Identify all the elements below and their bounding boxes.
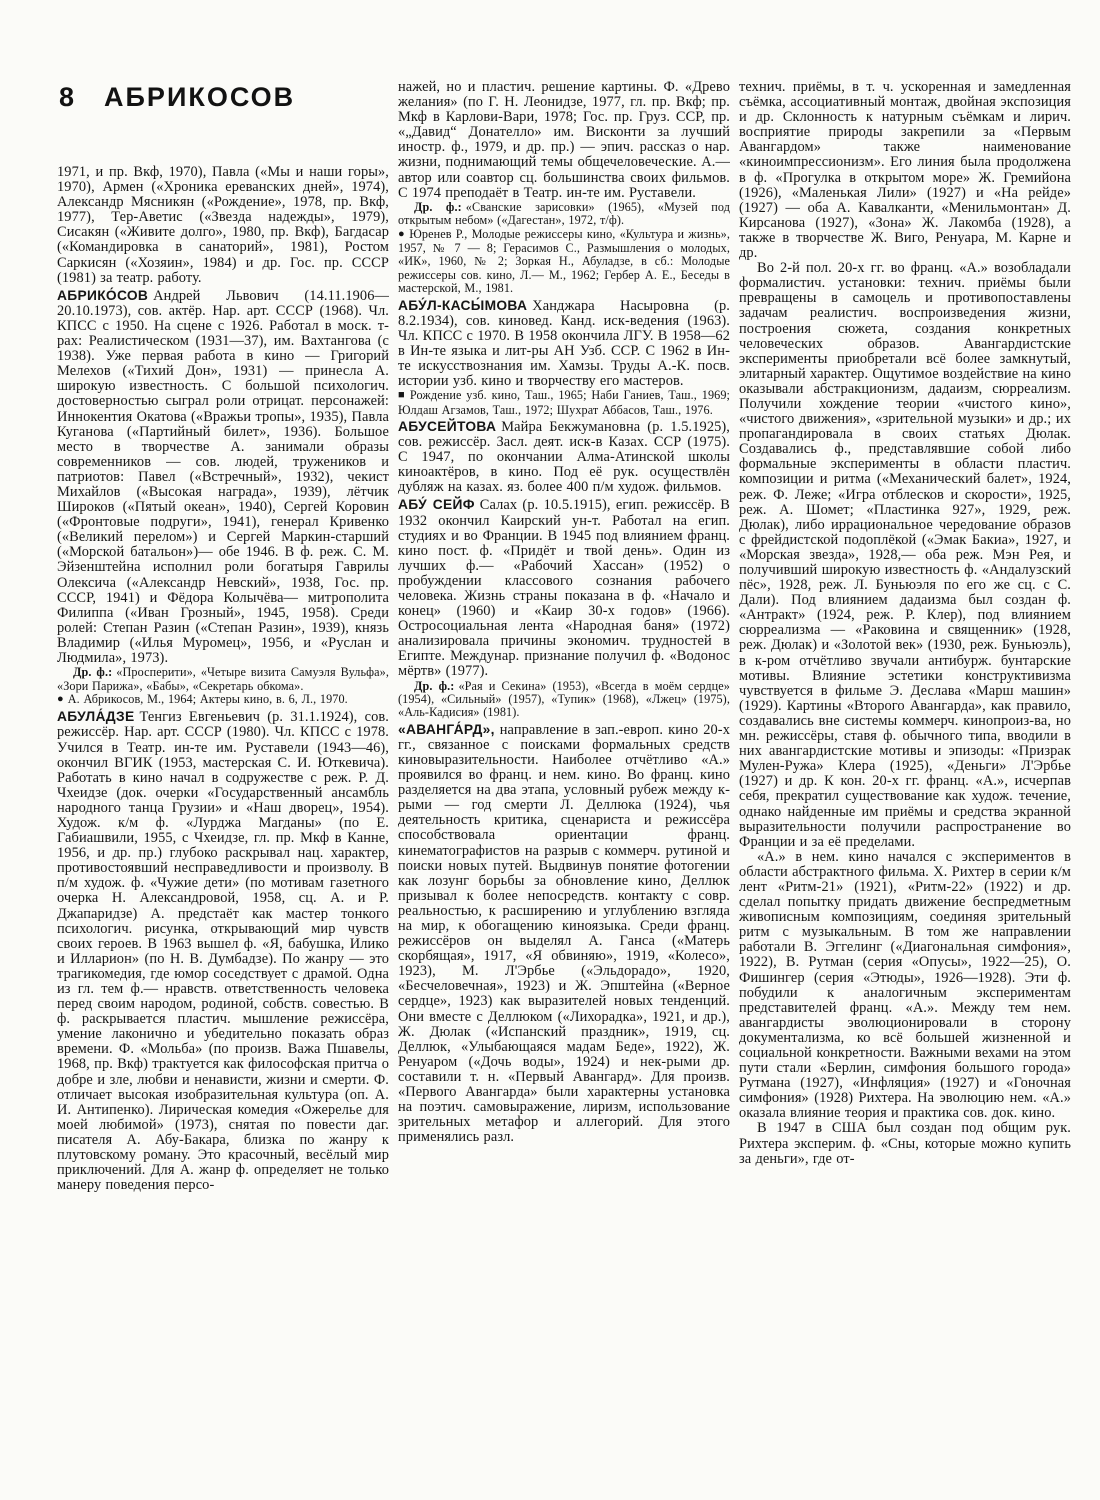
- entry-headword: «АВАНГА́РД»,: [398, 722, 495, 737]
- bibliography: ●А. Абрикосов, М., 1964; Актеры кино, в.…: [57, 693, 389, 707]
- bibliography-text: А. Абрикосов, М., 1964; Актеры кино, в. …: [68, 692, 348, 706]
- continuation-paragraph: 1971, и пр. Вкф, 1970), Павла («Мы и наш…: [57, 165, 389, 286]
- entry-abuladze: АБУЛА́ДЗЕТенгиз Евгеньевич (р. 31.1.1924…: [57, 709, 389, 1193]
- running-title: АБРИКОСОВ: [104, 82, 295, 113]
- entry-headword: АБУ́Л-КАСЫ́МОВА: [398, 298, 527, 313]
- bibliography: ●Юренев Р., Молодые режиссеры кино, «Кул…: [398, 228, 730, 296]
- page-header: 8 АБРИКОСОВ: [59, 82, 389, 113]
- page-number: 8: [59, 82, 76, 113]
- filmography-label: Др. ф.:: [414, 200, 462, 214]
- entry-headword: АБУЛА́ДЗЕ: [57, 709, 134, 724]
- circle-marker-icon: ●: [57, 693, 64, 705]
- filmography: Др. ф.:«Рая и Секина» (1953), «Всегда в …: [398, 680, 730, 720]
- filmography: Др. ф.:«Сванские зарисовки» (1965), «Муз…: [398, 201, 730, 228]
- paragraph: «А.» в нем. кино начался с экспериментов…: [739, 850, 1071, 1122]
- entry-abul-kasymova: АБУ́Л-КАСЫ́МОВАХанджара Насыровна (р. 8.…: [398, 298, 730, 390]
- filmography-label: Др. ф.:: [73, 665, 112, 679]
- entry-text: направление в зап.-европ. кино 20-х гг.,…: [398, 722, 730, 1146]
- entry-text: Андрей Львович (14.11.1906—20.10.1973), …: [57, 288, 389, 666]
- continuation-paragraph: нажей, но и пластич. решение картины. Ф.…: [398, 80, 730, 201]
- entry-avangard: «АВАНГА́РД»,направление в зап.-европ. ки…: [398, 722, 730, 1146]
- paragraph: Во 2-й пол. 20-х гг. во франц. «А.» возо…: [739, 261, 1071, 850]
- bibliography-text: Юренев Р., Молодые режиссеры кино, «Куль…: [398, 227, 730, 296]
- encyclopedia-page: 8 АБРИКОСОВ 1971, и пр. Вкф, 1970), Павл…: [0, 0, 1100, 1500]
- filmography: Др. ф.:«Просперити», «Четыре визита Саму…: [57, 666, 389, 693]
- bibliography-text: Рождение узб. кино, Таш., 1965; Наби Ган…: [398, 388, 730, 416]
- entry-text: Тенгиз Евгеньевич (р. 31.1.1924), сов. р…: [57, 709, 389, 1193]
- column-3: технич. приёмы, в т. ч. ускоренная и зам…: [739, 80, 1071, 1167]
- column-2: нажей, но и пластич. решение картины. Ф.…: [398, 80, 730, 1145]
- entry-headword: АБУСЕЙТОВА: [398, 419, 496, 434]
- entry-abuseitova: АБУСЕЙТОВАМайра Бекжумановна (р. 1.5.192…: [398, 419, 730, 495]
- square-marker-icon: ■: [398, 389, 406, 401]
- column-1: 8 АБРИКОСОВ 1971, и пр. Вкф, 1970), Павл…: [57, 80, 389, 1193]
- continuation-paragraph: технич. приёмы, в т. ч. ускоренная и зам…: [739, 80, 1071, 261]
- filmography-label: Др. ф.:: [414, 679, 454, 693]
- bibliography: ■Рождение узб. кино, Таш., 1965; Наби Га…: [398, 389, 730, 417]
- entry-abu-seif: АБУ́ СЕЙФСалах (р. 10.5.1915), егип. реж…: [398, 497, 730, 679]
- entry-headword: АБУ́ СЕЙФ: [398, 497, 475, 512]
- paragraph: В 1947 в США был создан под общим рук. Р…: [739, 1121, 1071, 1166]
- entry-text: Салах (р. 10.5.1915), егип. режиссёр. В …: [398, 497, 730, 679]
- entry-headword: АБРИКО́СОВ: [57, 288, 148, 303]
- entry-abrikosov: АБРИКО́СОВАндрей Львович (14.11.1906—20.…: [57, 288, 389, 666]
- circle-marker-icon: ●: [398, 228, 405, 240]
- column-layout: 8 АБРИКОСОВ 1971, и пр. Вкф, 1970), Павл…: [57, 80, 1072, 1193]
